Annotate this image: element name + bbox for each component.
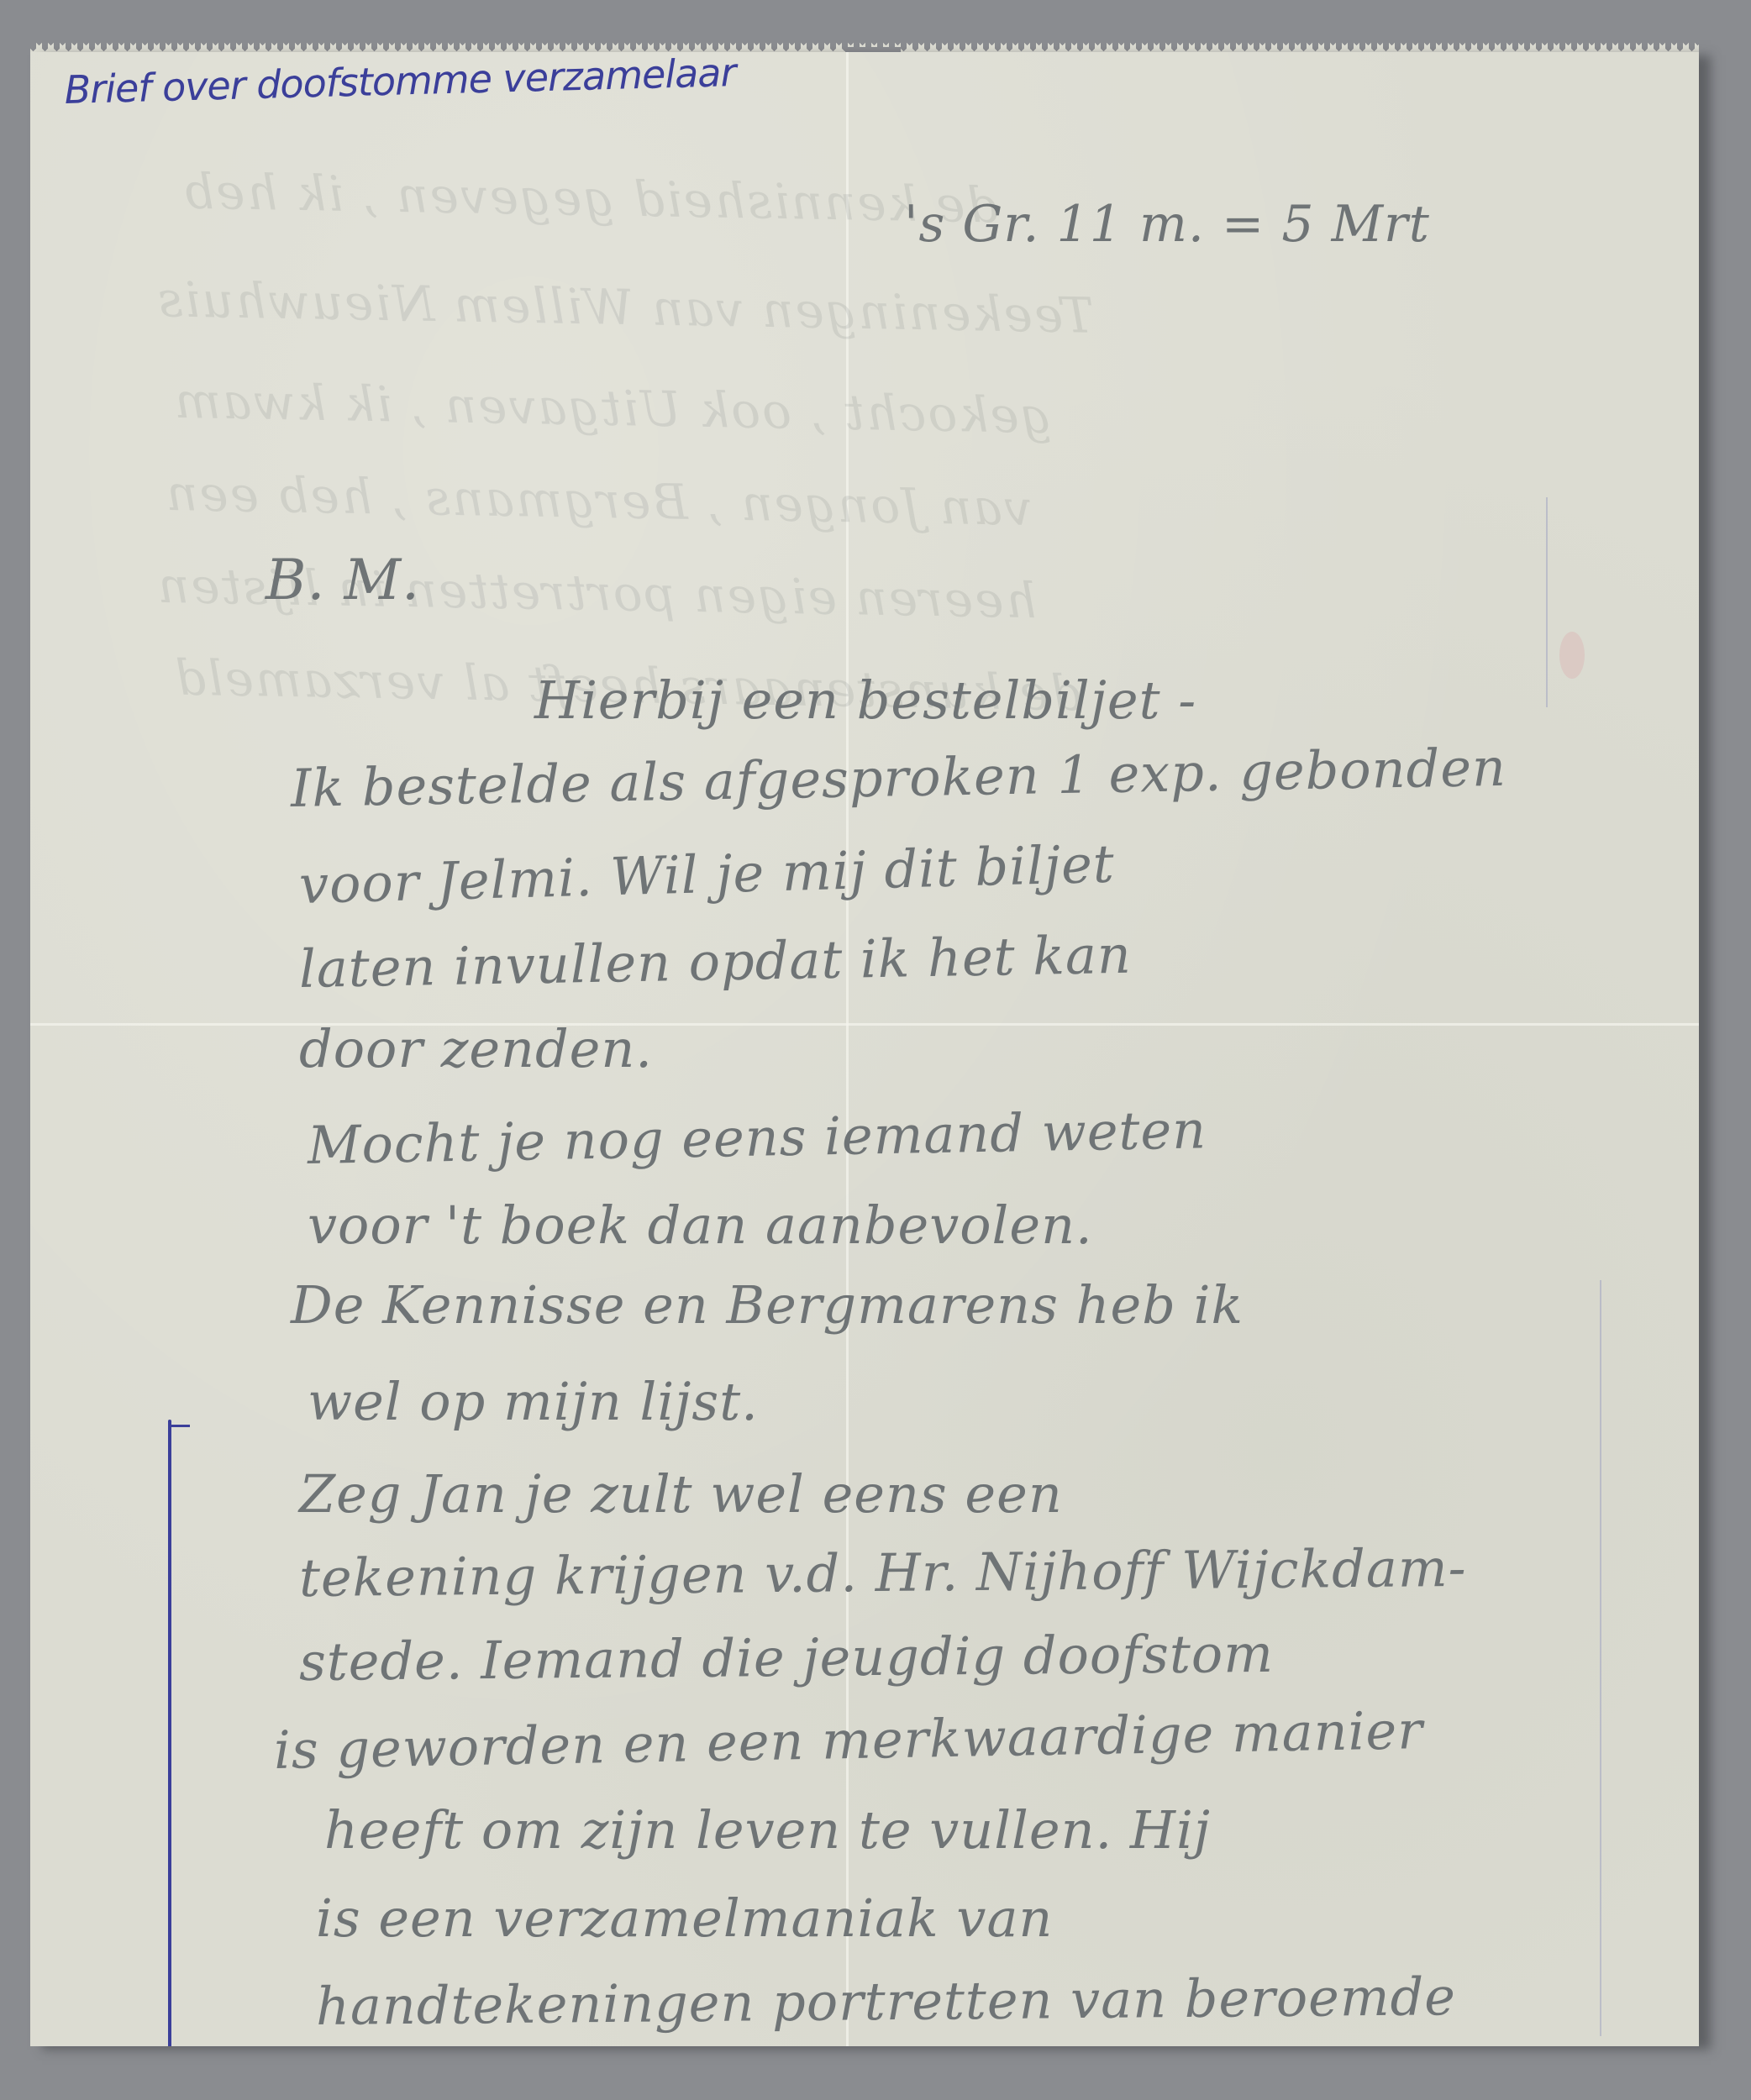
letter-line: door zenden. <box>299 1018 653 1079</box>
letter-line: tekening krijgen v.d. Hr. Nijhoff Wijckd… <box>299 1537 1467 1609</box>
letter-line: laten invullen opdat ik het kan <box>298 924 1132 1000</box>
letter-sheet: de kennisheid gegeven , ik heb Teekening… <box>30 52 1699 2046</box>
letter-line: Mocht je nog eens iemand weten <box>307 1099 1207 1176</box>
bleed-through-line: Teekeningen van Willem Nieuwhuis <box>155 270 1094 344</box>
letter-line: is geworden en een merkwaardige manier <box>273 1699 1423 1781</box>
letter-line: voor 't boek dan aanbevolen. <box>308 1194 1093 1256</box>
letter-line: handtekeningen portretten van beroemde <box>316 1966 1457 2037</box>
letter-line: wel op mijn lijst. <box>308 1371 759 1432</box>
bleed-through-line: de kennisheid gegeven , ik heb <box>181 163 998 234</box>
letter-line: heeft om zijn leven te vullen. Hij <box>324 1799 1211 1861</box>
letter-salutation: B. M. <box>266 548 420 612</box>
letter-line: Ik bestelde als afgesproken 1 exp. gebon… <box>290 737 1506 819</box>
pink-smudge <box>1559 632 1585 679</box>
letter-line: De Kennisse en Bergmarens heb ik <box>291 1274 1244 1336</box>
margin-bracket-mark <box>168 1420 171 2046</box>
letter-line: stede. Iemand die jeugdig doofstom <box>299 1623 1275 1693</box>
letter-line: is een verzamelmaniak van <box>316 1887 1053 1949</box>
pencil-mark <box>1546 497 1548 707</box>
bleed-through-line: gekocht , ook Uitgaven , ik kwam <box>172 372 1052 444</box>
letter-line: voor Jelmi. Wil je mij dit biljet <box>298 833 1116 916</box>
letter-date: 's Gr. 11 m. = 5 Mrt <box>904 195 1430 254</box>
bleed-through-line: van Jongen , Bergmans , heb een <box>164 465 1032 537</box>
letter-line: Zeg Jan je zult wel eens een <box>299 1463 1063 1525</box>
archival-annotation: Brief over doofstomme verzamelaar <box>64 52 736 113</box>
pencil-mark <box>1600 1280 1601 2036</box>
horizontal-fold-crease <box>30 1023 1699 1026</box>
margin-bracket-tick <box>170 1425 190 1427</box>
letter-line: Hierbij een bestelbiljet - <box>534 669 1196 731</box>
